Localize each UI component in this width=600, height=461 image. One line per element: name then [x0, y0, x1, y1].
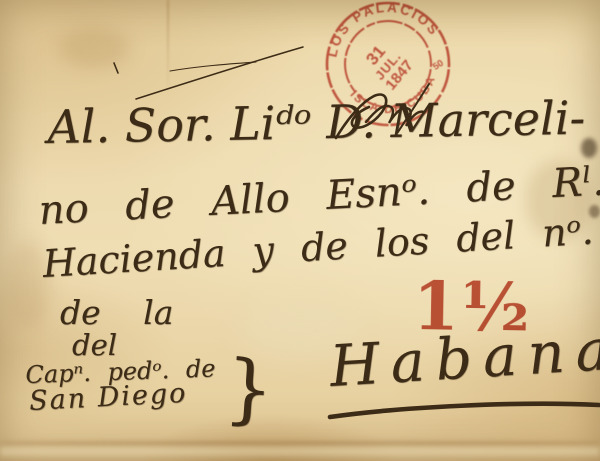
paper-crease: [167, 0, 169, 96]
postmark-ornament: 50: [431, 58, 446, 73]
manuscript-brace: }: [222, 342, 276, 434]
bottom-fold-crease: [0, 441, 600, 446]
address-line-4: de la: [60, 293, 173, 332]
bottom-fold-highlight: [0, 447, 600, 456]
address-line-1: Al. Sor. Liᵈᵒ D. Marceli-: [47, 91, 585, 154]
postal-cover-photo: LOS PALACIOS ISLA DE CUBA 31 JUL. 1847 5…: [0, 0, 600, 461]
origin-line-1: del: [72, 328, 117, 362]
